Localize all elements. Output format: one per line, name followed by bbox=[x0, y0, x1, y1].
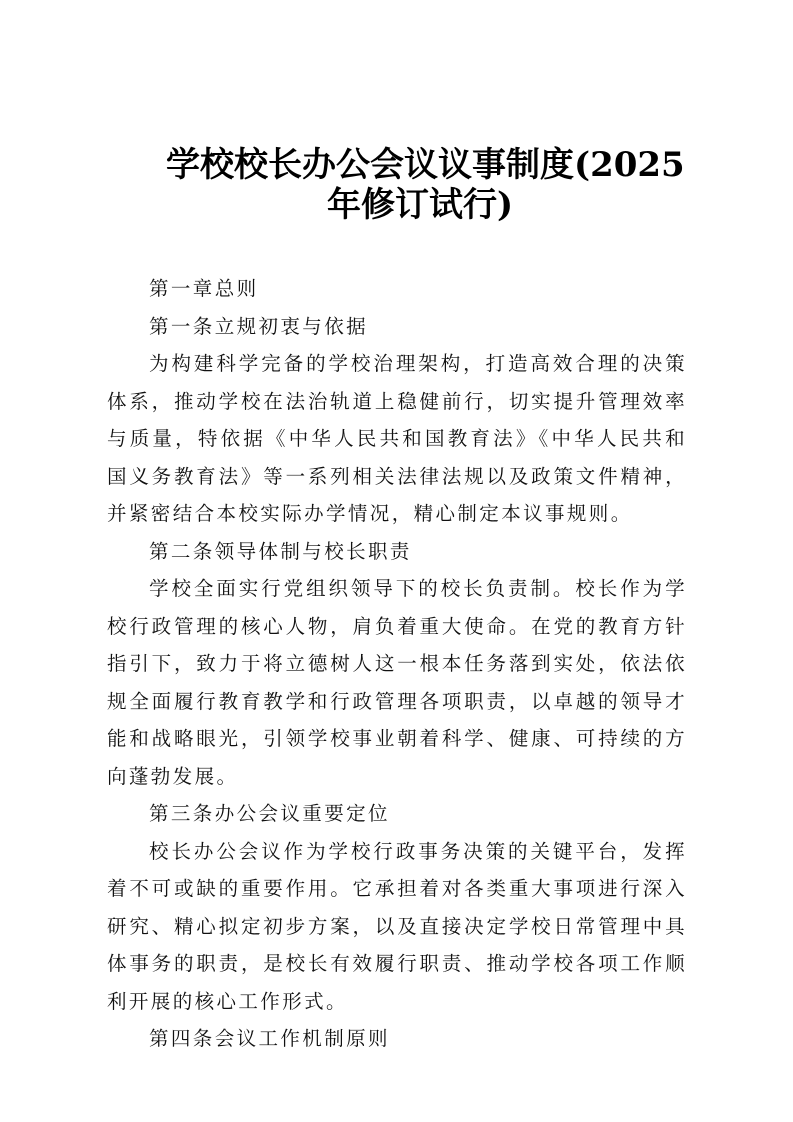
article-paragraph: 校长办公会议作为学校行政事务决策的关键平台，发挥着不可或缺的重要作用。它承担着对… bbox=[107, 833, 687, 1021]
title-line-1: 学校校长办公会议议事制度(2025 bbox=[150, 145, 690, 185]
article-heading: 第三条办公会议重要定位 bbox=[107, 795, 687, 833]
article-heading: 第四条会议工作机制原则 bbox=[107, 1020, 687, 1058]
article-paragraph: 学校全面实行党组织领导下的校长负责制。校长作为学校行政管理的核心人物，肩负着重大… bbox=[107, 570, 687, 795]
chapter-heading: 第一章总则 bbox=[107, 270, 687, 308]
document-title: 学校校长办公会议议事制度(2025 年修订试行) bbox=[150, 145, 690, 225]
document-page: 学校校长办公会议议事制度(2025 年修订试行) 第一章总则 第一条立规初衷与依… bbox=[0, 0, 793, 1122]
article-paragraph: 为构建科学完备的学校治理架构，打造高效合理的决策体系，推动学校在法治轨道上稳健前… bbox=[107, 345, 687, 533]
article-heading: 第一条立规初衷与依据 bbox=[107, 308, 687, 346]
article-heading: 第二条领导体制与校长职责 bbox=[107, 533, 687, 571]
document-body: 第一章总则 第一条立规初衷与依据 为构建科学完备的学校治理架构，打造高效合理的决… bbox=[107, 270, 687, 1058]
title-line-2: 年修订试行) bbox=[150, 185, 690, 225]
